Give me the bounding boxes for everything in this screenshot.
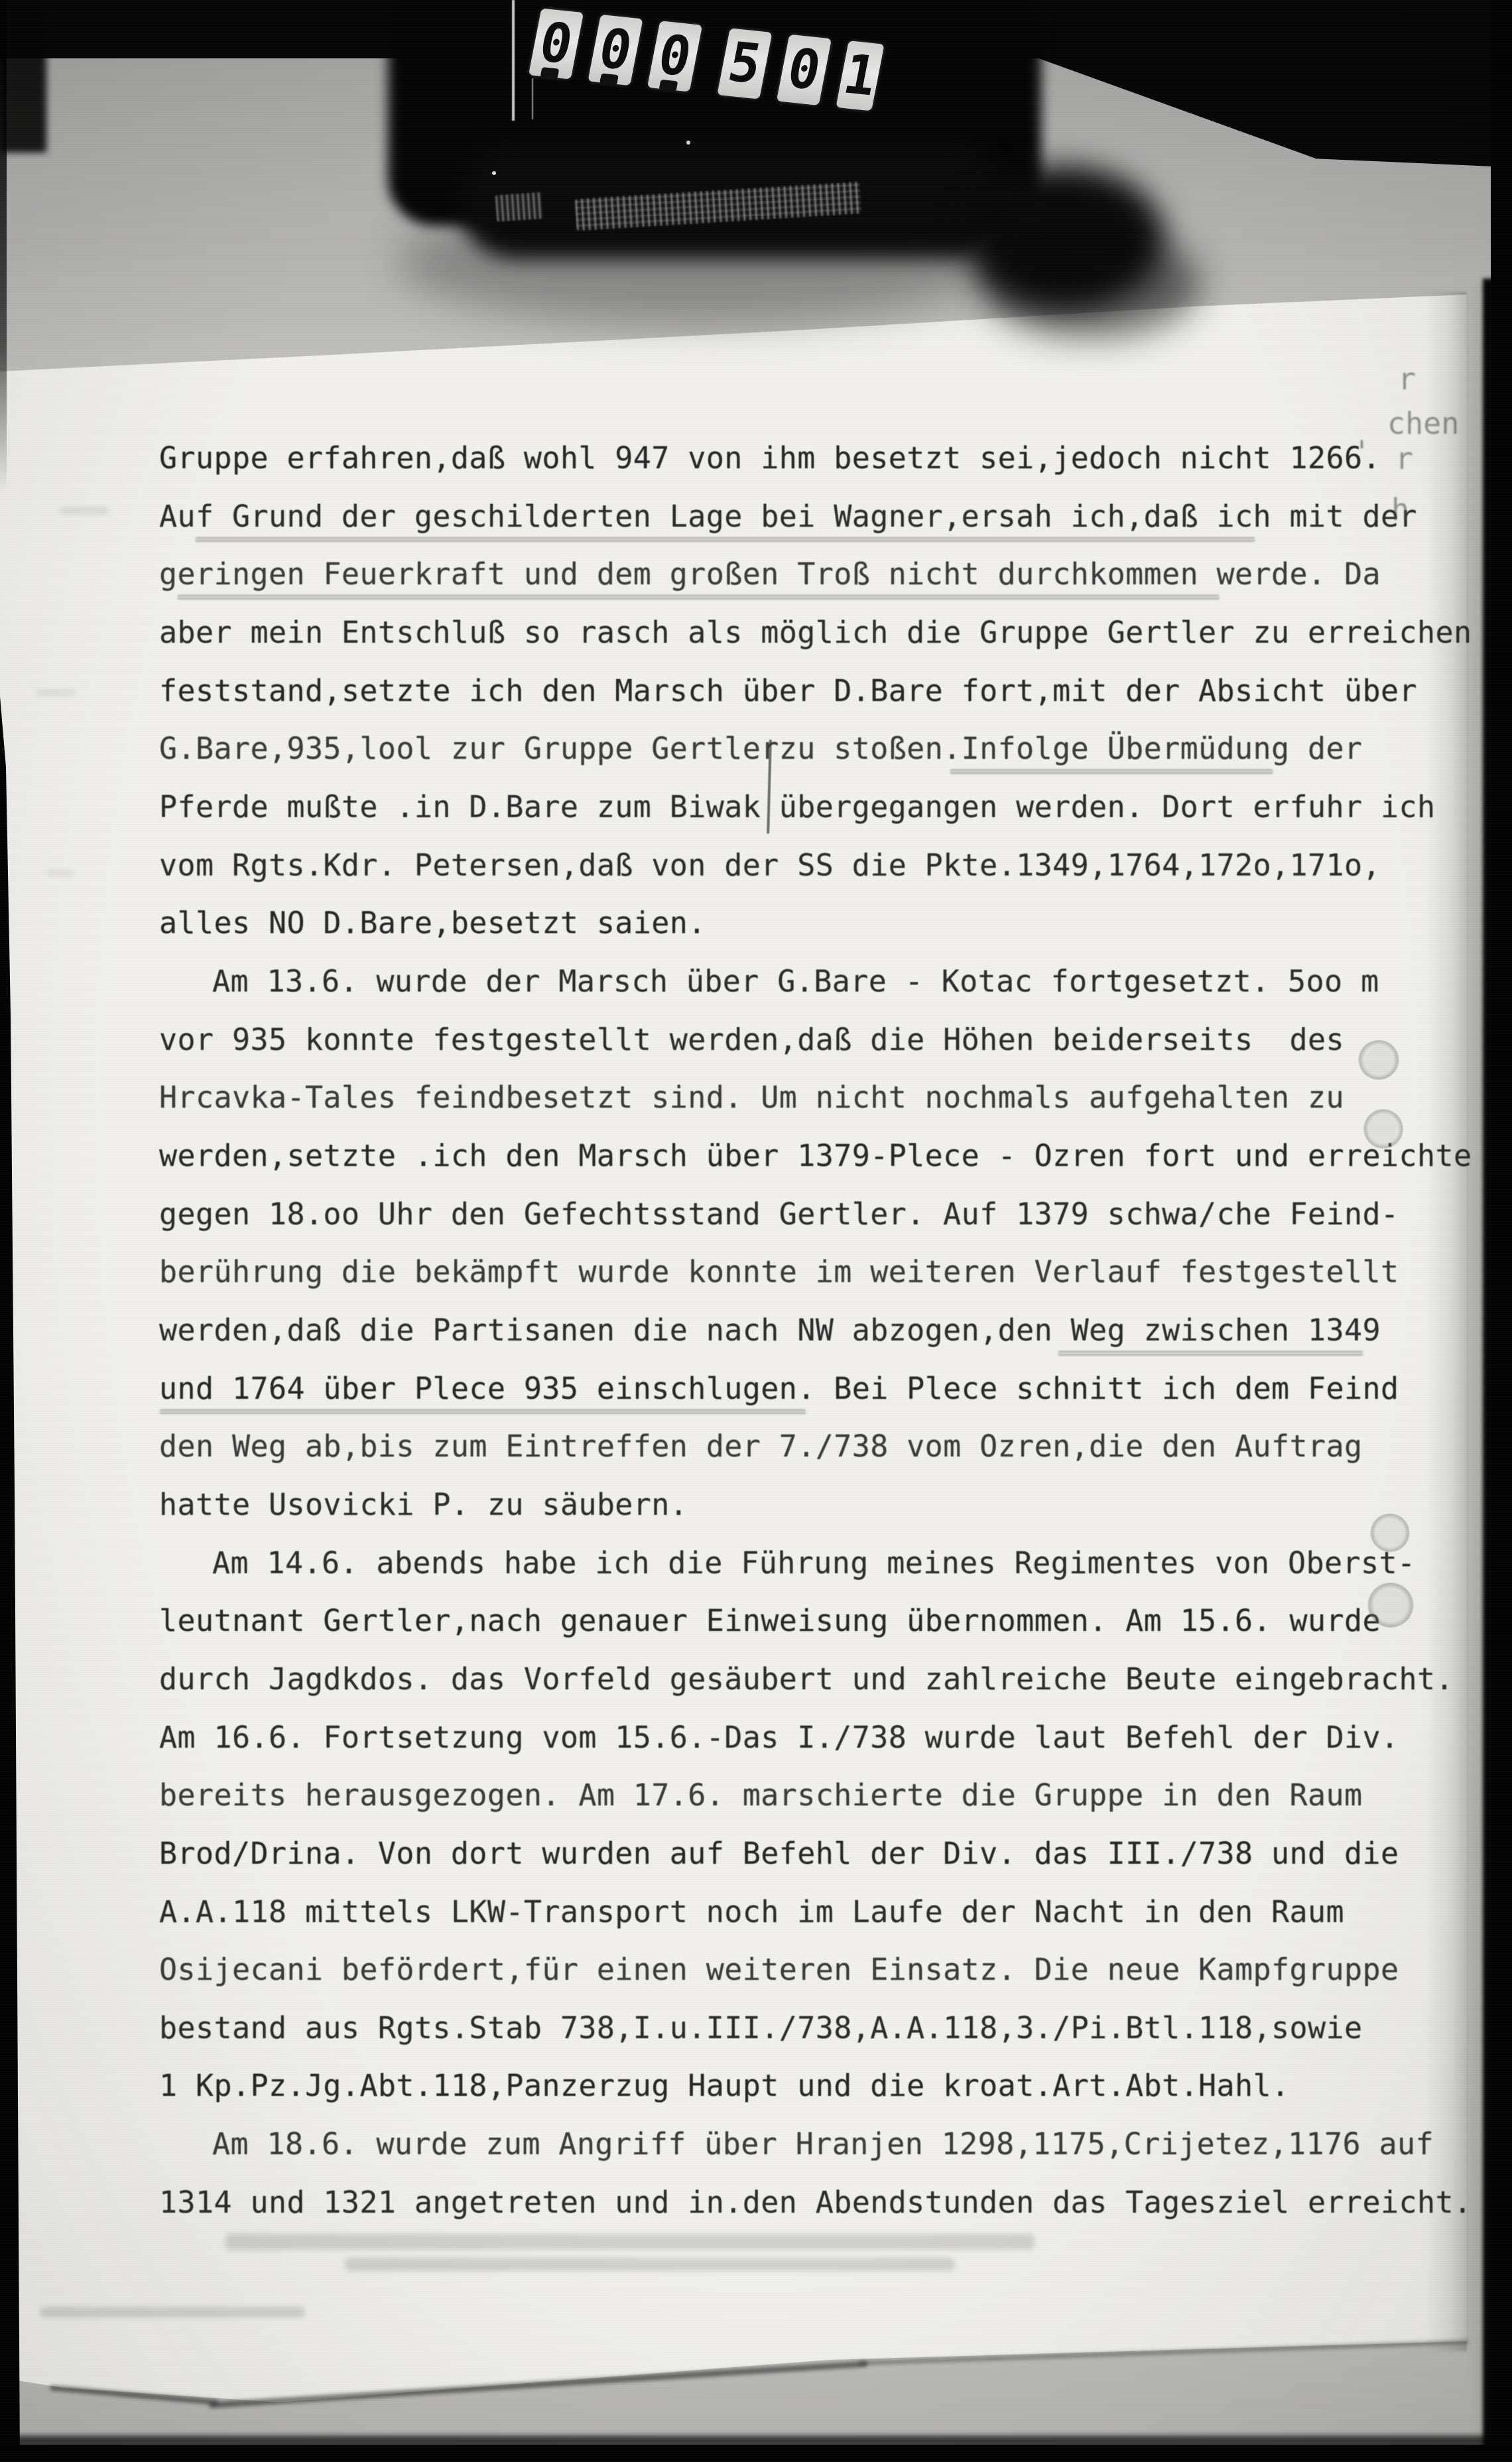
water-spot bbox=[1358, 1040, 1399, 1080]
water-spot bbox=[1370, 1514, 1410, 1552]
counter-digit-wheel: 0 bbox=[777, 34, 832, 105]
counter-digit-wheel: 0 bbox=[647, 21, 702, 92]
typewritten-line: bereits herausgezogen. Am 17.6. marschie… bbox=[159, 1780, 1363, 1810]
typewritten-line: bestand aus Rgts.Stab 738,I.u.III./738,A… bbox=[159, 2013, 1363, 2043]
pencil-underline bbox=[950, 769, 1273, 774]
typewritten-line: den Weg ab,bis zum Eintreffen der 7./738… bbox=[159, 1431, 1363, 1461]
microfilm-scan: Gruppe erfahren,daß wohl 947 von ihm bes… bbox=[0, 0, 1512, 2462]
film-scratch bbox=[532, 78, 533, 119]
counter-digit: 5 bbox=[724, 31, 767, 96]
wheel-next-digit-sliver bbox=[540, 67, 559, 79]
counter-digit: 0 bbox=[535, 11, 578, 76]
counter-digit-wheel: 0 bbox=[588, 15, 643, 86]
typewritten-line: durch Jagdkdos. das Vorfeld gesäubert un… bbox=[159, 1664, 1454, 1694]
counter-device-shadow-spray bbox=[981, 229, 1200, 338]
typewritten-line: aber mein Entschluß so rasch als möglich… bbox=[159, 617, 1472, 647]
counter-digit: 0 bbox=[783, 37, 826, 102]
typewritten-line: vor 935 konnte festgestellt werden,daß d… bbox=[159, 1025, 1344, 1055]
pencil-underline bbox=[177, 595, 1220, 600]
typewritten-line: geringen Feuerkraft und dem großen Troß … bbox=[159, 559, 1381, 589]
typewritten-line: Pferde mußte .in D.Bare zum Biwak überge… bbox=[159, 792, 1435, 822]
typewritten-line: 1314 und 1321 angetreten und in.den Aben… bbox=[159, 2187, 1472, 2217]
typewritten-line: Brod/Drina. Von dort wurden auf Befehl d… bbox=[159, 1839, 1399, 1868]
dust-speck bbox=[686, 141, 690, 145]
typewritten-line: G.Bare,935,lool zur Gruppe Gertlerzu sto… bbox=[159, 734, 1363, 763]
bleed-through-smudge bbox=[36, 690, 76, 696]
typewritten-line: berührung die bekämpft wurde konnte im w… bbox=[159, 1257, 1399, 1287]
film-top-left-corner bbox=[0, 0, 46, 153]
typewritten-line: feststand,setzte ich den Marsch über D.B… bbox=[159, 676, 1417, 706]
film-right-edge bbox=[1491, 0, 1512, 2462]
typewritten-line: Osijecani befördert,für einen weiteren E… bbox=[159, 1955, 1399, 1984]
typewritten-line: Gruppe erfahren,daß wohl 947 von ihm bes… bbox=[159, 443, 1381, 473]
margin-text-fragment: ' bbox=[1353, 434, 1371, 470]
device-label-strip bbox=[495, 192, 544, 222]
typewritten-text-block: Gruppe erfahren,daß wohl 947 von ihm bes… bbox=[0, 0, 1512, 2462]
bleed-through-smudge bbox=[60, 507, 109, 514]
pencil-underline bbox=[195, 537, 1255, 542]
typewritten-line: 1 Kp.Pz.Jg.Abt.118,Panzerzug Haupt und d… bbox=[159, 2071, 1290, 2101]
margin-text-fragment: r bbox=[1398, 361, 1416, 397]
bleed-through-smudge bbox=[46, 870, 74, 876]
typewritten-line: gegen 18.oo Uhr den Gefechtsstand Gertle… bbox=[159, 1199, 1399, 1229]
typewritten-line: werden,setzte .ich den Marsch über 1379-… bbox=[159, 1141, 1472, 1171]
typewritten-line: vom Rgts.Kdr. Petersen,daß von der SS di… bbox=[159, 850, 1381, 880]
counter-digit: 1 bbox=[839, 43, 882, 108]
wheel-next-digit-sliver bbox=[599, 73, 619, 85]
typewritten-line: hatte Usovicki P. zu säubern. bbox=[159, 1490, 688, 1520]
counter-digit: 0 bbox=[653, 24, 696, 89]
film-left-edge bbox=[0, 0, 7, 491]
water-spot bbox=[1363, 1109, 1403, 1149]
typewritten-line: und 1764 über Plece 935 einschlugen. Bei… bbox=[159, 1374, 1399, 1403]
water-spot bbox=[1367, 1583, 1414, 1628]
counter-digit-wheel: 5 bbox=[717, 28, 772, 99]
typewritten-line: Am 18.6. wurde zum Angriff über Hranjen … bbox=[212, 2129, 1434, 2159]
dust-speck bbox=[801, 64, 804, 66]
margin-text-fragment: chen bbox=[1387, 406, 1459, 441]
pencil-underline bbox=[1058, 1351, 1363, 1356]
margin-text-fragment: r bbox=[1395, 441, 1413, 476]
typewritten-line: Am 13.6. wurde der Marsch über G.Bare - … bbox=[212, 966, 1379, 996]
typewritten-line: leutnant Gertler,nach genauer Einweisung… bbox=[159, 1606, 1381, 1636]
typewritten-line: werden,daß die Partisanen die nach NW ab… bbox=[159, 1315, 1381, 1345]
wheel-next-digit-sliver bbox=[659, 80, 678, 92]
counter-digit: 0 bbox=[594, 17, 637, 82]
typewritten-line: Am 16.6. Fortsetzung vom 15.6.-Das I./73… bbox=[159, 1722, 1399, 1752]
film-bottom-edge bbox=[0, 2445, 1512, 2462]
pencil-underline bbox=[159, 1409, 806, 1414]
typewritten-line: Hrcavka-Tales feindbesetzt sind. Um nich… bbox=[159, 1082, 1344, 1112]
typewritten-line: A.A.118 mittels LKW-Transport noch im La… bbox=[159, 1897, 1344, 1927]
bleed-through-smudge bbox=[225, 2234, 1035, 2250]
dust-speck bbox=[492, 171, 496, 175]
bleed-through-smudge bbox=[40, 2307, 305, 2317]
typewritten-line: Auf Grund der geschilderten Lage bei Wag… bbox=[159, 501, 1417, 531]
margin-text-fragment: h bbox=[1391, 492, 1409, 527]
typewritten-line: alles NO D.Bare,besetzt saien. bbox=[159, 908, 706, 938]
bleed-through-smudge bbox=[345, 2258, 955, 2271]
counter-digit-wheel: 0 bbox=[529, 8, 584, 79]
typewritten-line: Am 14.6. abends habe ich die Führung mei… bbox=[212, 1548, 1416, 1578]
film-scratch bbox=[512, 0, 515, 121]
